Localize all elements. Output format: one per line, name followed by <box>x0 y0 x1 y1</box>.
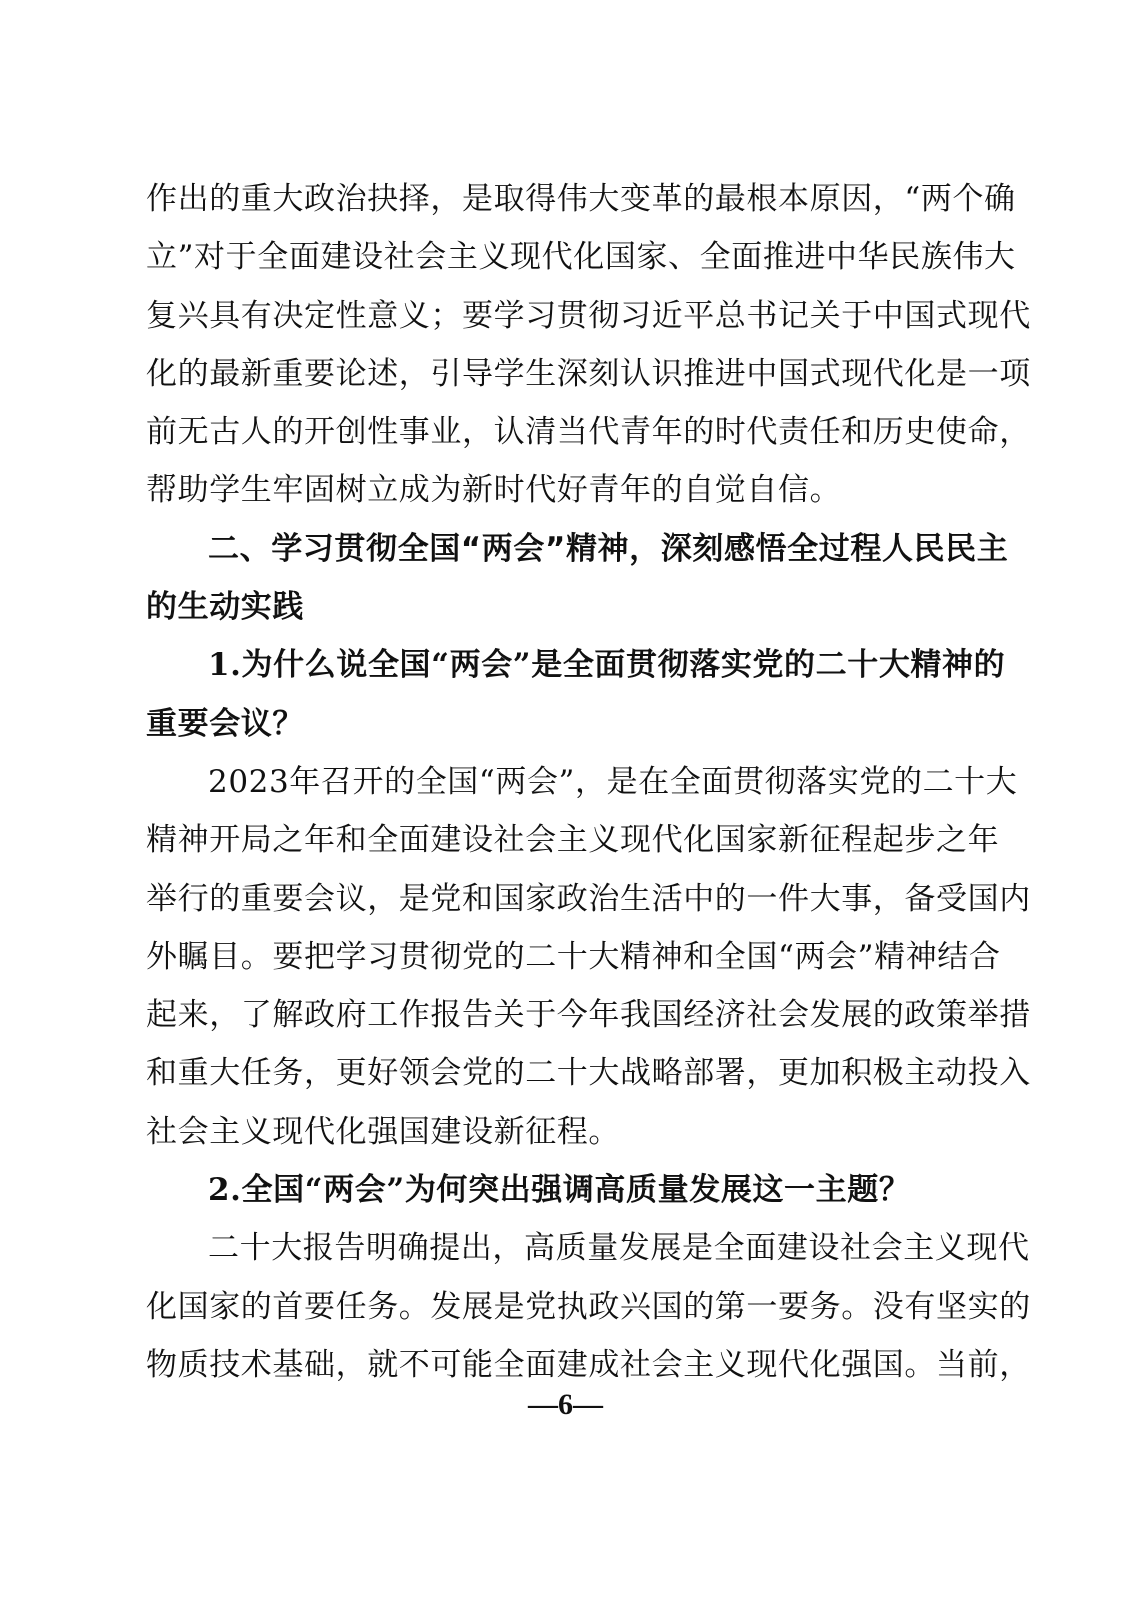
question-line: 1.为什么说全国“两会”是全面贯彻落实党的二十大精神的 <box>146 640 982 698</box>
section-heading: 二、学习贯彻全国“两会”精神，深刻感悟全过程人民民主 的生动实践 <box>146 524 982 641</box>
text-line: 和重大任务，更好领会党的二十大战略部署，更加积极主动投入 <box>146 1048 982 1106</box>
text-line: 二十大报告明确提出，高质量发展是全面建设社会主义现代 <box>146 1223 982 1281</box>
text-line: 化国家的首要任务。发展是党执政兴国的第一要务。没有坚实的 <box>146 1282 982 1340</box>
question-line: 重要会议？ <box>146 699 982 757</box>
question-line: 2.全国“两会”为何突出强调高质量发展这一主题？ <box>146 1165 982 1223</box>
text-line: 举行的重要会议，是党和国家政治生活中的一件大事，备受国内 <box>146 874 982 932</box>
text-line: 起来，了解政府工作报告关于今年我国经济社会发展的政策举措 <box>146 990 982 1048</box>
text-line: 复兴具有决定性意义；要学习贯彻习近平总书记关于中国式现代 <box>146 291 982 349</box>
question-heading-1: 1.为什么说全国“两会”是全面贯彻落实党的二十大精神的 重要会议？ <box>146 640 982 757</box>
text-line: 前无古人的开创性事业，认清当代青年的时代责任和历史使命， <box>146 407 982 465</box>
text-line: 帮助学生牢固树立成为新时代好青年的自觉自信。 <box>146 465 982 523</box>
text-line: 作出的重大政治抉择，是取得伟大变革的最根本原因，“两个确 <box>146 174 982 232</box>
text-line: 外瞩目。要把学习贯彻党的二十大精神和全国“两会”精神结合 <box>146 932 982 990</box>
paragraph-continuation: 作出的重大政治抉择，是取得伟大变革的最根本原因，“两个确 立”对于全面建设社会主… <box>146 174 982 524</box>
text-line: 化的最新重要论述，引导学生深刻认识推进中国式现代化是一项 <box>146 349 982 407</box>
question-heading-2: 2.全国“两会”为何突出强调高质量发展这一主题？ <box>146 1165 982 1223</box>
page-number: —6— <box>0 1388 1131 1422</box>
heading-line: 二、学习贯彻全国“两会”精神，深刻感悟全过程人民民主 <box>146 524 982 582</box>
answer-paragraph-2: 二十大报告明确提出，高质量发展是全面建设社会主义现代 化国家的首要任务。发展是党… <box>146 1223 982 1398</box>
answer-paragraph-1: 2023年召开的全国“两会”，是在全面贯彻落实党的二十大 精神开局之年和全面建设… <box>146 757 982 1165</box>
text-line: 精神开局之年和全面建设社会主义现代化国家新征程起步之年 <box>146 815 982 873</box>
document-page: 作出的重大政治抉择，是取得伟大变革的最根本原因，“两个确 立”对于全面建设社会主… <box>146 174 982 1398</box>
text-line: 2023年召开的全国“两会”，是在全面贯彻落实党的二十大 <box>146 757 982 815</box>
text-line: 立”对于全面建设社会主义现代化国家、全面推进中华民族伟大 <box>146 232 982 290</box>
text-line: 社会主义现代化强国建设新征程。 <box>146 1107 982 1165</box>
heading-line: 的生动实践 <box>146 582 982 640</box>
